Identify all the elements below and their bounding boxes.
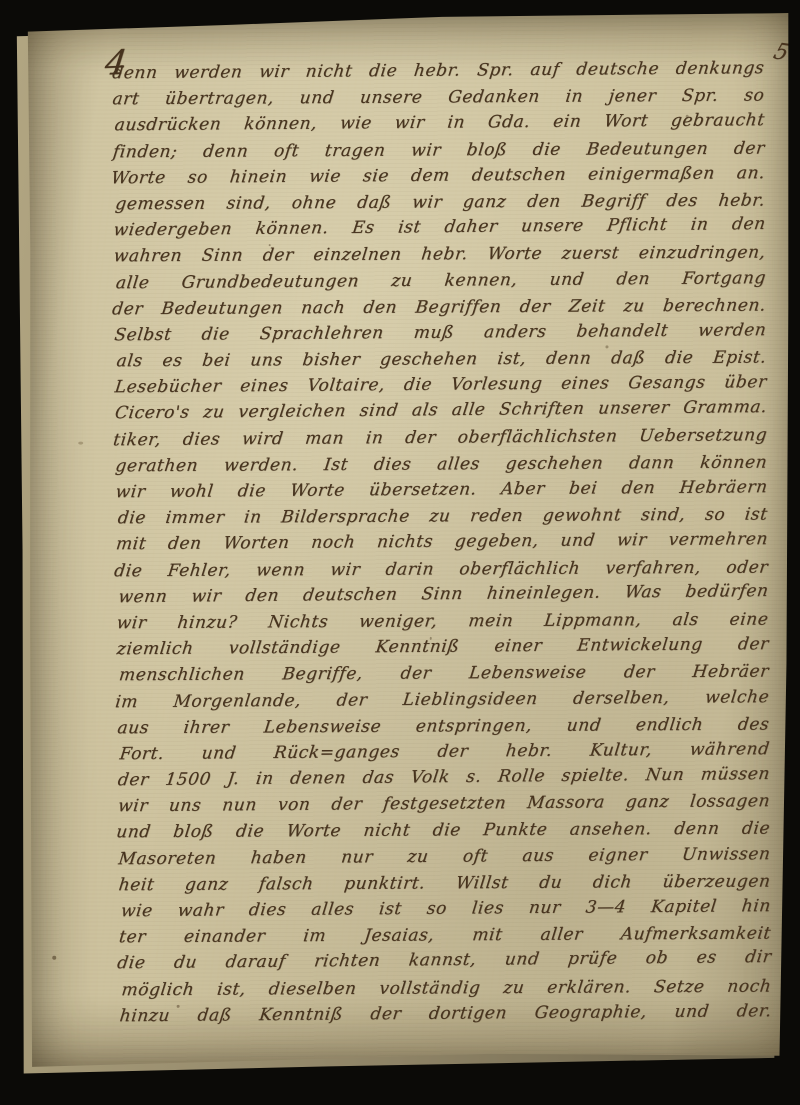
foxing-spot xyxy=(52,956,56,960)
handwriting-line: mit den Worten noch nichts gegeben, und … xyxy=(115,527,770,558)
handwriting-line: wir uns nun von der festgesetzten Massor… xyxy=(117,788,772,819)
handwriting-lines: denn werden wir nicht die hebr. Spr. auf… xyxy=(112,55,772,1029)
handwriting-line: die du darauf richten kannst, und prüfe … xyxy=(116,944,774,976)
foxing-spot xyxy=(78,442,83,445)
handwriting-line: wiedergeben können. Es ist daher unsere … xyxy=(112,211,768,243)
handwriting-line: tiker, dies wird man in der oberflächlic… xyxy=(112,422,769,453)
handwriting-line: wir wohl die Worte übersetzen. Aber bei … xyxy=(114,474,769,505)
handwriting-line: wenn wir den deutschen Sinn hineinlegen.… xyxy=(117,578,771,610)
handwriting-line: ziemlich vollständige Kenntniß einer Ent… xyxy=(115,631,770,662)
handwriting-line: ausdrücken können, wie wir in Gda. ein W… xyxy=(113,108,766,139)
handwriting-line: wie wahr dies alles ist so lies nur 3—4 … xyxy=(119,893,772,924)
handwriting-line: hinzu daß Kenntniß der dortigen Geograph… xyxy=(118,998,773,1029)
handwriting-line: Worte so hinein wie sie dem deutschen ei… xyxy=(110,160,767,191)
handwriting-line: denn werden wir nicht die hebr. Spr. auf… xyxy=(111,55,766,86)
handwriting-line: alle Grundbedeutungen zu kennen, und den… xyxy=(114,265,767,296)
handwriting-line: im Morgenlande, der Lieblingsideen derse… xyxy=(114,684,771,715)
folio-number: 5 xyxy=(770,39,792,66)
paper-sheet: 4 5 denn werden wir nicht die hebr. Spr.… xyxy=(17,12,798,1069)
handwriting-line: Masoreten haben nur zu oft aus eigner Un… xyxy=(117,841,772,872)
manuscript-photo: 4 5 denn werden wir nicht die hebr. Spr.… xyxy=(0,0,800,1105)
handwriting-line: Selbst die Sprachlehren muß anders behan… xyxy=(113,317,768,348)
